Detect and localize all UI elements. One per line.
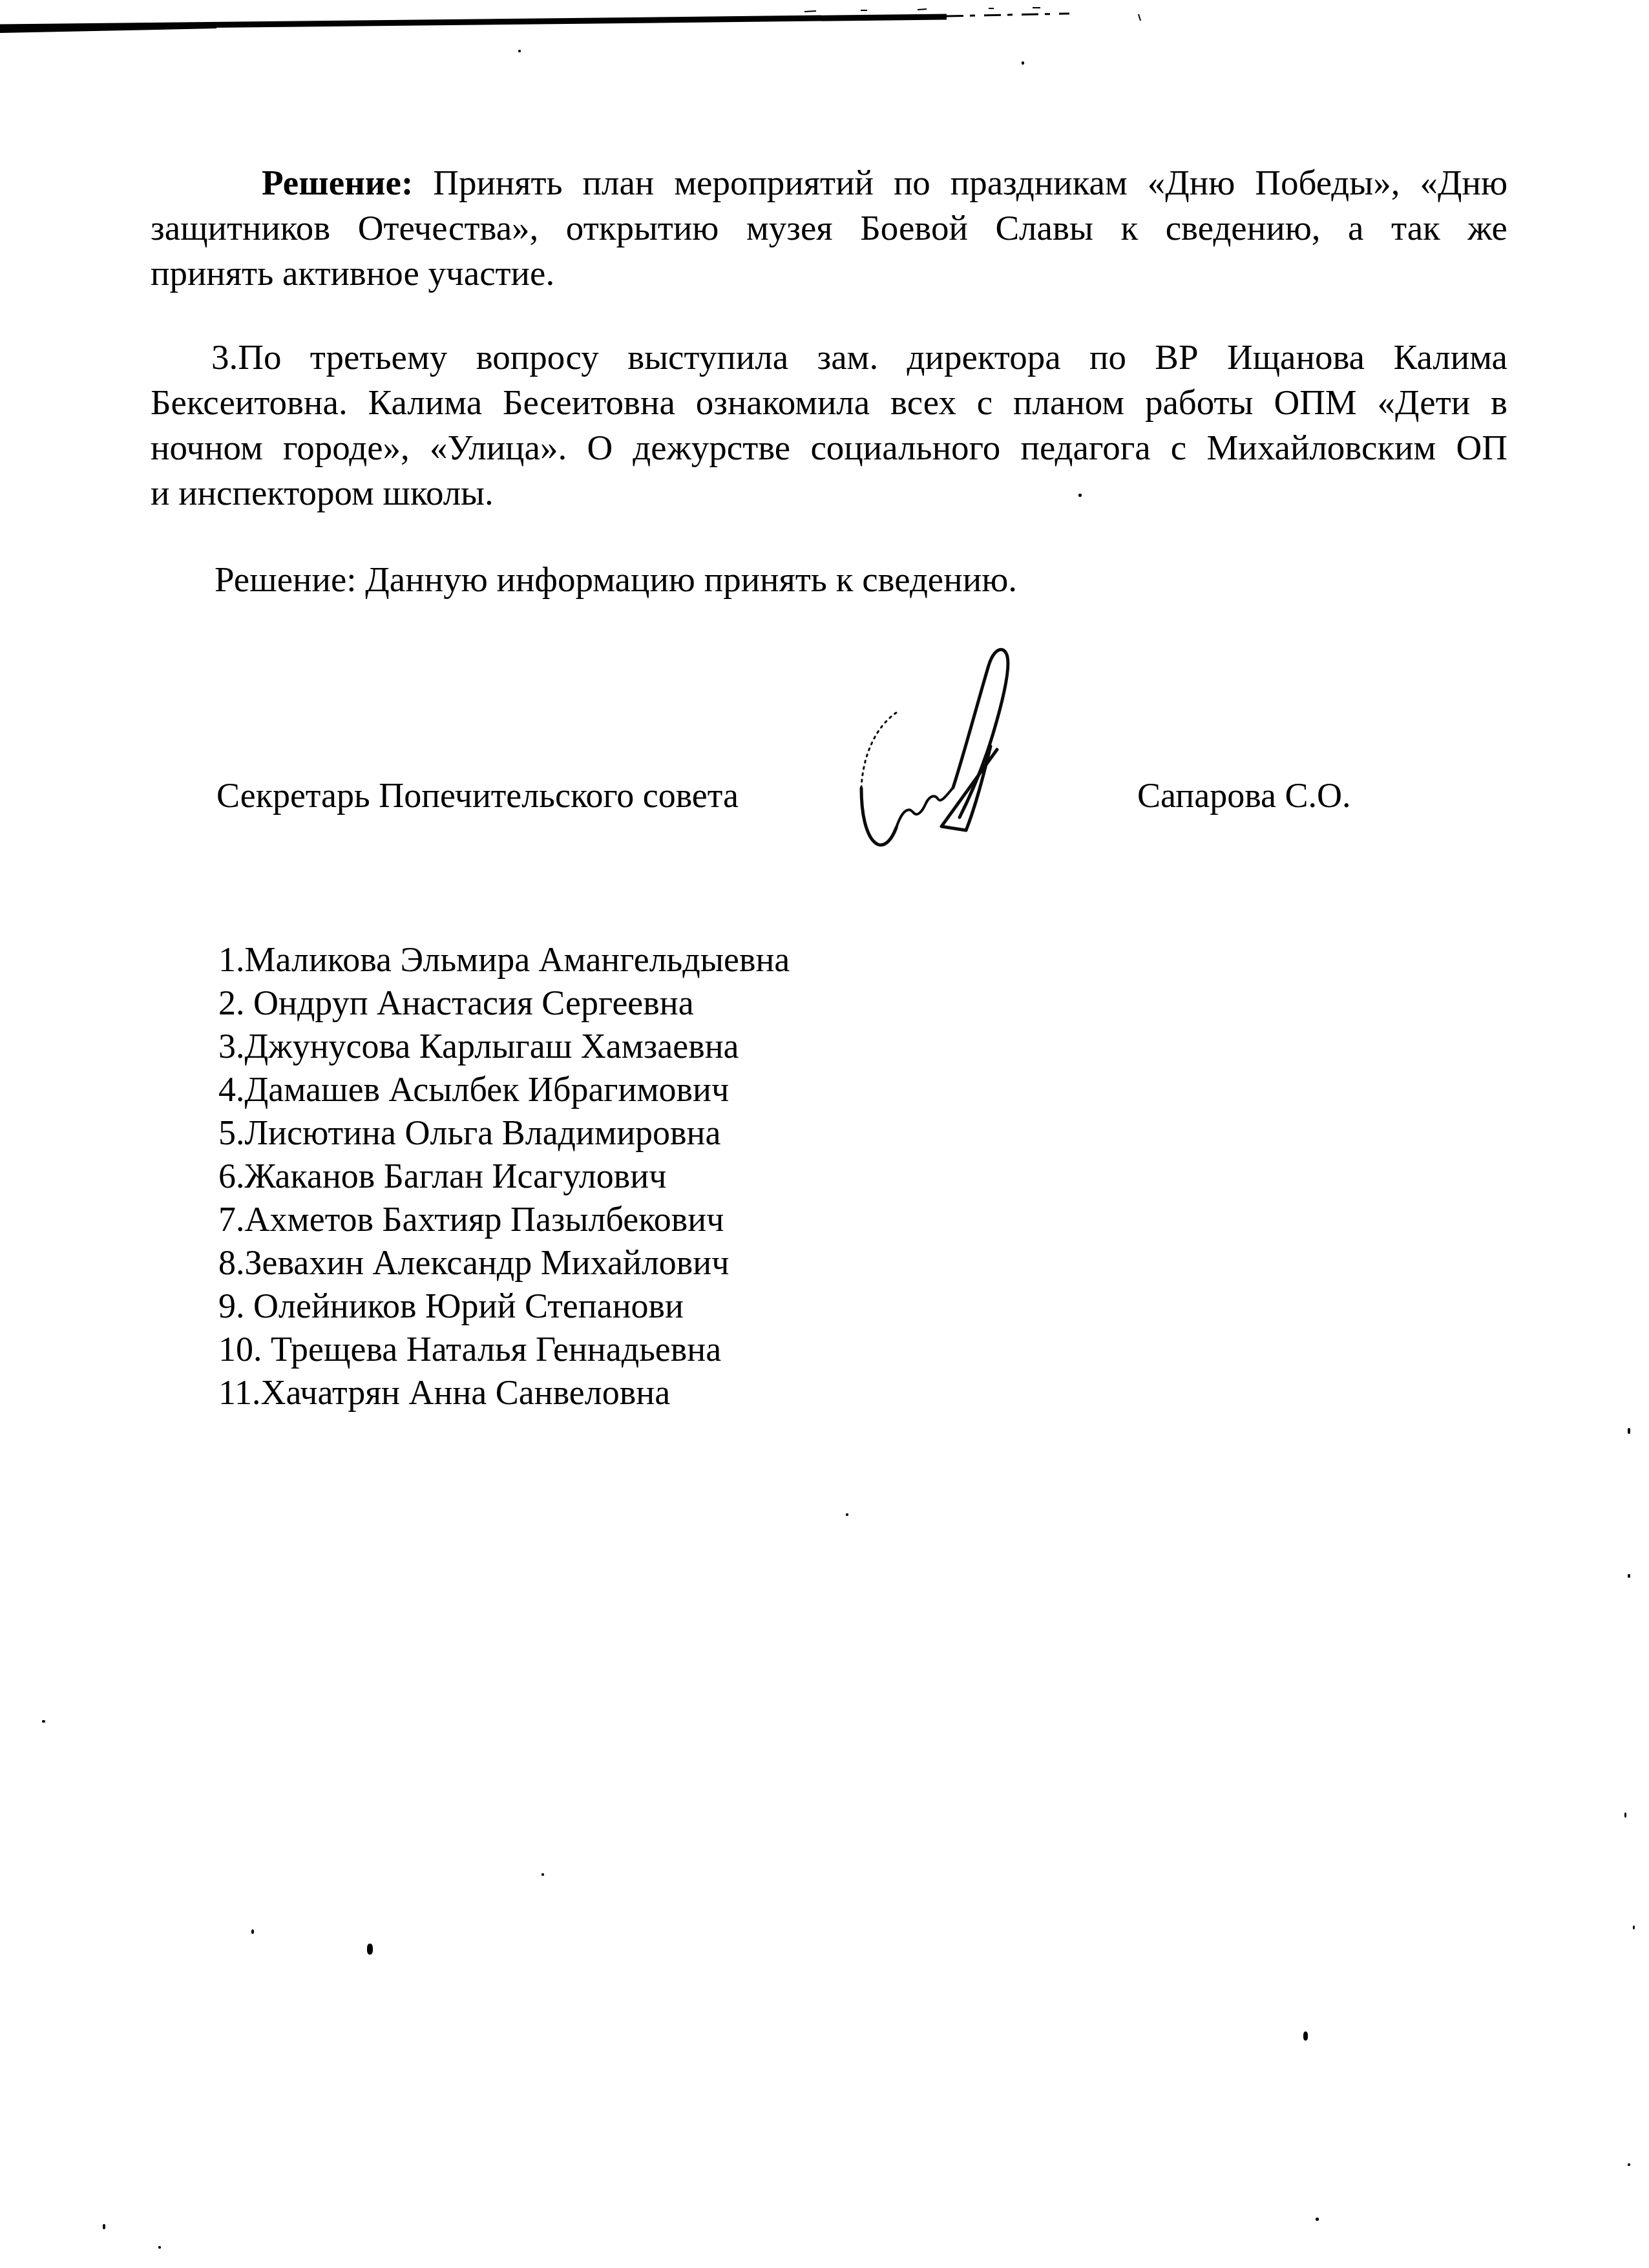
scan-speck xyxy=(158,2246,161,2249)
scan-speck xyxy=(1022,61,1024,65)
member-item-7: 7.Ахметов Бахтияр Пазылбекович xyxy=(218,1198,790,1241)
signature-role-label: Секретарь Попечительского совета xyxy=(216,775,739,815)
scan-speck xyxy=(1633,1926,1635,1929)
signatory-name: Сапарова С.О. xyxy=(1137,775,1350,815)
scan-speck xyxy=(541,1873,544,1876)
scan-speck xyxy=(367,1944,373,1955)
scan-speck xyxy=(518,50,521,52)
member-item-5: 5.Лисютина Ольга Владимировна xyxy=(218,1111,790,1155)
scan-speck xyxy=(1628,2163,1630,2166)
scan-speck xyxy=(1316,2218,1319,2221)
agenda-line-2: Бексеитовна. Калима Бесеитовна ознакомил… xyxy=(151,380,1507,425)
decision-line-1-text: Принять план мероприятий по праздникам «… xyxy=(433,163,1507,202)
scan-speck xyxy=(1303,2032,1308,2041)
decision-line-2: защитников Отечества», открытию музея Бо… xyxy=(151,205,1507,251)
member-item-1: 1.Маликова Эльмира Амангельдыевна xyxy=(218,938,790,982)
decision-paragraph-information: Решение: Данную информацию принять к све… xyxy=(215,557,1017,602)
scan-speck xyxy=(42,1720,45,1723)
decision-line-1: Решение: Принять план мероприятий по пра… xyxy=(151,160,1507,205)
scan-speck xyxy=(1628,1574,1630,1578)
agenda-line-3: ночном городе», «Улица». О дежурстве соц… xyxy=(151,425,1507,470)
decision-bold-label: Решение: xyxy=(262,163,413,202)
member-item-10: 10. Трещева Наталья Геннадьевна xyxy=(218,1328,790,1371)
scan-speck xyxy=(251,1929,254,1934)
member-item-11: 11.Хачатрян Анна Санвеловна xyxy=(218,1371,790,1414)
scan-artifact-top-line xyxy=(0,0,1649,84)
member-item-9: 9. Олейников Юрий Степанови xyxy=(218,1285,790,1328)
member-item-4: 4.Дамашев Асылбек Ибрагимович xyxy=(218,1068,790,1111)
scan-speck xyxy=(1628,1428,1630,1434)
member-item-2: 2. Ондруп Анастасия Сергеевна xyxy=(218,982,790,1025)
member-item-8: 8.Зевахин Александр Михайлович xyxy=(218,1241,790,1285)
scanned-document-page: Решение: Принять план мероприятий по пра… xyxy=(0,0,1649,2268)
scan-speck xyxy=(1624,1812,1626,1818)
scan-speck xyxy=(103,2224,105,2229)
scan-speck xyxy=(846,1513,848,1516)
scan-speck xyxy=(1078,494,1082,497)
agenda-line-1: 3.По третьему вопросу выступила зам. дир… xyxy=(151,335,1507,380)
agenda-item-3-paragraph: 3.По третьему вопросу выступила зам. дир… xyxy=(151,335,1507,516)
decision-line-3: принять активное участие. xyxy=(151,251,1507,296)
member-item-3: 3.Джунусова Карлыгаш Хамзаевна xyxy=(218,1025,790,1068)
members-list: 1.Маликова Эльмира Амангельдыевна 2. Онд… xyxy=(218,938,790,1414)
member-item-6: 6.Жаканов Баглан Исагулович xyxy=(218,1155,790,1198)
agenda-line-4: и инспектором школы. xyxy=(151,470,1507,516)
handwritten-signature-icon xyxy=(856,636,1018,856)
decision-paragraph-events: Решение: Принять план мероприятий по пра… xyxy=(151,160,1507,296)
